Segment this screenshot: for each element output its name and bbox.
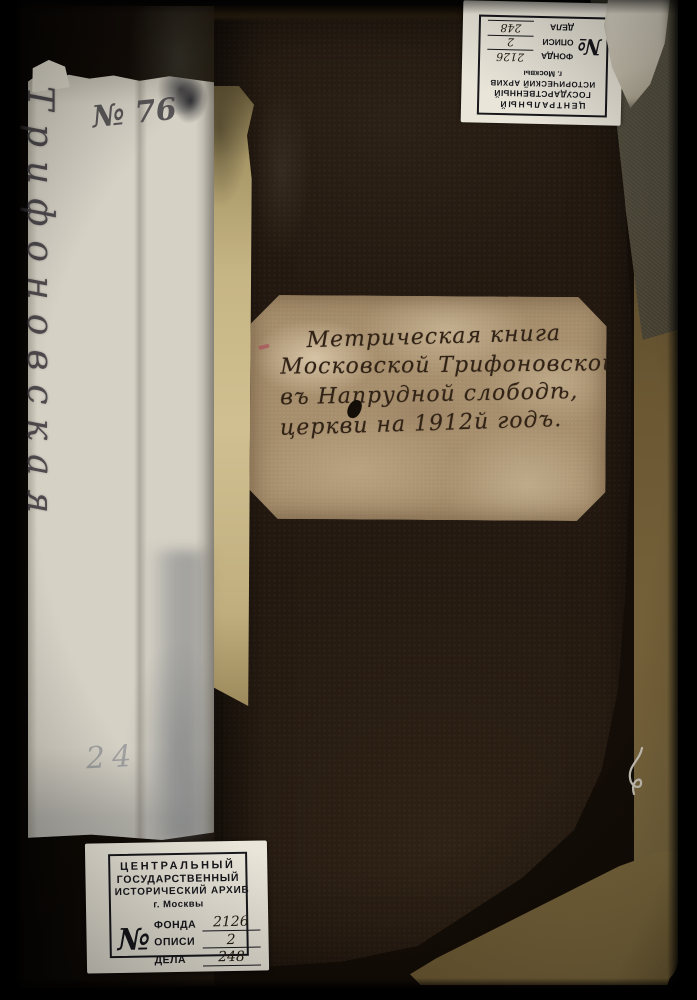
opis-value: 2: [487, 35, 533, 49]
delo-value: 248: [202, 950, 260, 967]
fond-row: ФОНДА 2126: [483, 50, 573, 65]
opis-row: ОПИСИ 2: [483, 36, 573, 51]
number-sign: №: [577, 35, 601, 55]
delo-label: ДЕЛА: [154, 954, 202, 967]
opis-row: ОПИСИ 2: [154, 931, 260, 949]
archive-stamp-bottom: ЦЕНТРАЛЬНЫЙ ГОСУДАРСТВЕННЫЙ ИСТОРИЧЕСКИЙ…: [85, 840, 269, 973]
delo-row: ДЕЛА 248: [154, 949, 260, 967]
spine-pencil-note: 24: [85, 739, 139, 777]
title-text-block: Метрическая книга Московской Трифоновско…: [249, 295, 607, 521]
handwritten-title-label: Метрическая книга Московской Трифоновско…: [249, 295, 607, 521]
stamp-number-block: № ФОНДА 2126 ОПИСИ 2 ДЕЛА 248: [483, 21, 604, 67]
stamp-frame: ЦЕНТРАЛЬНЫЙ ГОСУДАРСТВЕННЫЙ ИСТОРИЧЕСКИЙ…: [108, 852, 249, 958]
spine-label-stains: [148, 550, 214, 842]
stamp-rows: ФОНДА 2126 ОПИСИ 2 ДЕЛА 248: [154, 912, 261, 967]
stamp-rows: ФОНДА 2126 ОПИСИ 2 ДЕЛА 248: [483, 21, 574, 67]
fond-value: 2126: [487, 49, 533, 63]
opis-value: 2: [202, 932, 260, 949]
delo-value: 248: [488, 20, 534, 34]
archive-org-line: ГОСУДАРСТВЕННЫЙ: [114, 872, 241, 886]
archive-org-line: ЦЕНТРАЛЬНЫЙ: [482, 99, 602, 112]
opis-label: ОПИСИ: [533, 37, 573, 48]
stamp-frame: ЦЕНТРАЛЬНЫЙ ГОСУДАРСТВЕННЫЙ ИСТОРИЧЕСКИЙ…: [477, 15, 609, 118]
fond-row: ФОНДА 2126: [154, 914, 260, 932]
leather-sheen: [242, 70, 322, 320]
fond-label: ФОНДА: [533, 51, 573, 62]
archive-org-line: ИСТОРИЧЕСКИЙ АРХИВ: [115, 885, 242, 898]
archival-book-cover-photo: Трифоновская № 76 24 Метрическая книга М…: [0, 0, 697, 1000]
archive-org-line: ЦЕНТРАЛЬНЫЙ: [114, 859, 241, 873]
stamp-number-block: № ФОНДА 2126 ОПИСИ 2 ДЕЛА 248: [115, 912, 243, 967]
archive-stamp-top-upside-down: ЦЕНТРАЛЬНЫЙ ГОСУДАРСТВЕННЫЙ ИСТОРИЧЕСКИЙ…: [461, 0, 624, 126]
fond-value: 2126: [202, 915, 260, 932]
opis-label: ОПИСИ: [154, 936, 202, 949]
delo-label: ДЕЛА: [534, 22, 574, 33]
number-sign: №: [117, 927, 150, 955]
delo-row: ДЕЛА 248: [484, 21, 574, 36]
fond-label: ФОНДА: [154, 918, 202, 931]
spine-vertical-title: Трифоновская: [19, 86, 60, 527]
loose-thread: [620, 746, 650, 798]
archive-org-city: г. Москвы: [115, 898, 242, 911]
